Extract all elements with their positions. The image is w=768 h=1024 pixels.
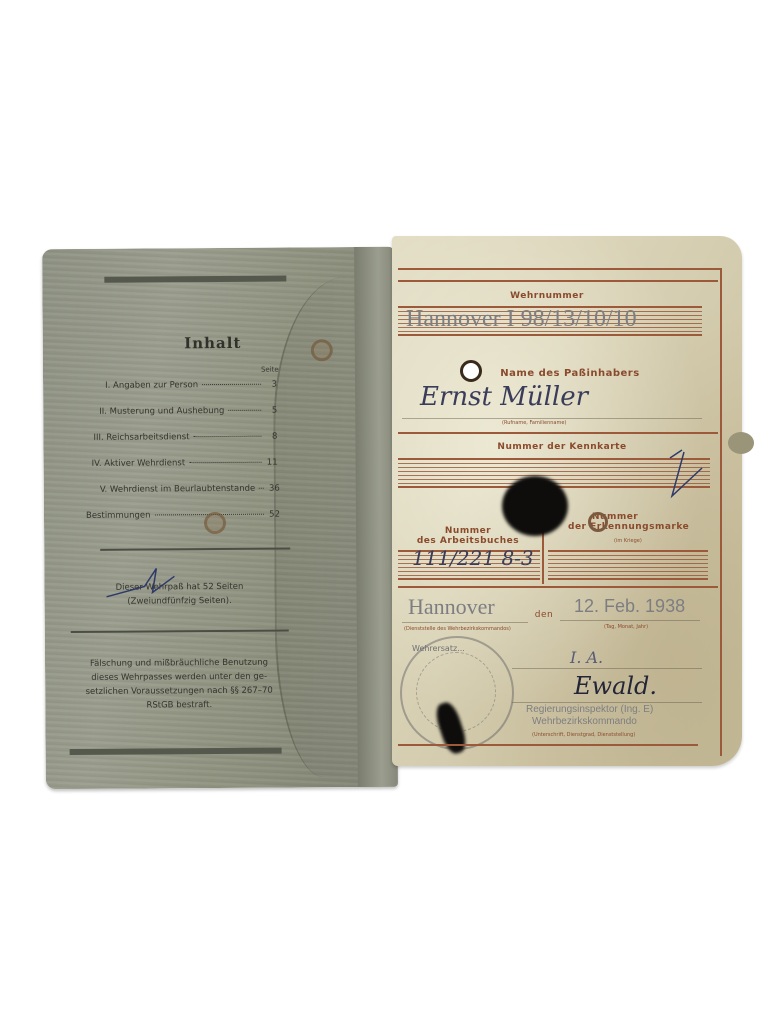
place-value: Hannover	[408, 594, 495, 620]
toc-row: IV. Aktiver Wehrdienst11	[92, 458, 278, 469]
pen-mark-icon	[662, 448, 712, 508]
signature-scribble-icon	[104, 566, 184, 603]
bottom-rule	[70, 748, 282, 755]
signature-prefix: I. A.	[570, 648, 603, 667]
wehrnummer-label: Wehrnummer	[492, 291, 602, 301]
toc-row: Bestimmungen52	[86, 510, 280, 521]
frame-rule	[398, 744, 698, 746]
stamp-sublabel: (Unterschrift, Dienstgrad, Dienststellun…	[532, 732, 635, 738]
field-line	[512, 702, 702, 703]
erkennungsmarke-field-lines	[548, 550, 708, 580]
name-value: Ernst Müller	[420, 382, 588, 412]
seal-text: Wehrersatz...	[412, 644, 465, 653]
top-rule	[104, 276, 286, 283]
toc-row: I. Angaben zur Person3	[105, 380, 277, 391]
toc-row: III. Reichsarbeitsdienst8	[93, 432, 277, 443]
divider	[71, 630, 289, 634]
redaction-blot	[502, 476, 568, 536]
field-line	[402, 622, 528, 623]
name-sublabel: (Rufname, Familienname)	[502, 420, 566, 426]
divider	[100, 548, 290, 551]
arbeitsbuch-label: Nummer des Arbeitsbuches	[408, 526, 528, 546]
field-line	[402, 418, 702, 419]
place-sublabel: (Dienststelle des Wehrbezirkskommandos)	[404, 626, 511, 632]
wehrnummer-value: Hannover I 98/13/10/10	[406, 306, 637, 333]
warning-text: Fälschung und mißbräuchliche Benutzung d…	[69, 656, 289, 714]
frame-rule	[398, 586, 718, 588]
right-page-identity: Wehrnummer Hannover I 98/13/10/10 Name d…	[392, 236, 742, 766]
date-value: 12. Feb. 1938	[574, 596, 685, 617]
toc-seite-label: Seite	[261, 366, 279, 374]
toc-row: V. Wehrdienst im Beurlaubtenstande36	[100, 484, 280, 495]
stamp-office: Wehrbezirkskommando	[532, 716, 637, 727]
left-page-contents: Inhalt Seite I. Angaben zur Person3 II. …	[42, 247, 398, 789]
signature-value: Ewald.	[574, 672, 657, 700]
stamp-rank: Regierungsinspektor (Ing. E)	[526, 704, 653, 715]
frame-rule	[398, 432, 718, 434]
field-line	[512, 668, 702, 669]
punch-hole	[588, 512, 608, 532]
erkennungsmarke-sublabel: (im Kriege)	[614, 538, 642, 544]
punch-hole	[204, 512, 226, 534]
frame-rule	[398, 280, 718, 282]
name-label: Name des Paßinhabers	[480, 368, 660, 379]
kennkarte-label: Nummer der Kennkarte	[492, 442, 632, 452]
date-sublabel: (Tag, Monat, Jahr)	[604, 624, 648, 630]
toc-row: II. Musterung und Aushebung5	[99, 406, 277, 417]
toc-title: Inhalt	[163, 334, 263, 353]
arbeitsbuch-value: 111/221 8-3	[412, 546, 534, 570]
punch-hole	[311, 339, 333, 361]
paper-tear	[728, 432, 754, 454]
punch-hole	[460, 360, 482, 382]
den-label: den	[534, 610, 554, 620]
field-line	[560, 620, 700, 621]
